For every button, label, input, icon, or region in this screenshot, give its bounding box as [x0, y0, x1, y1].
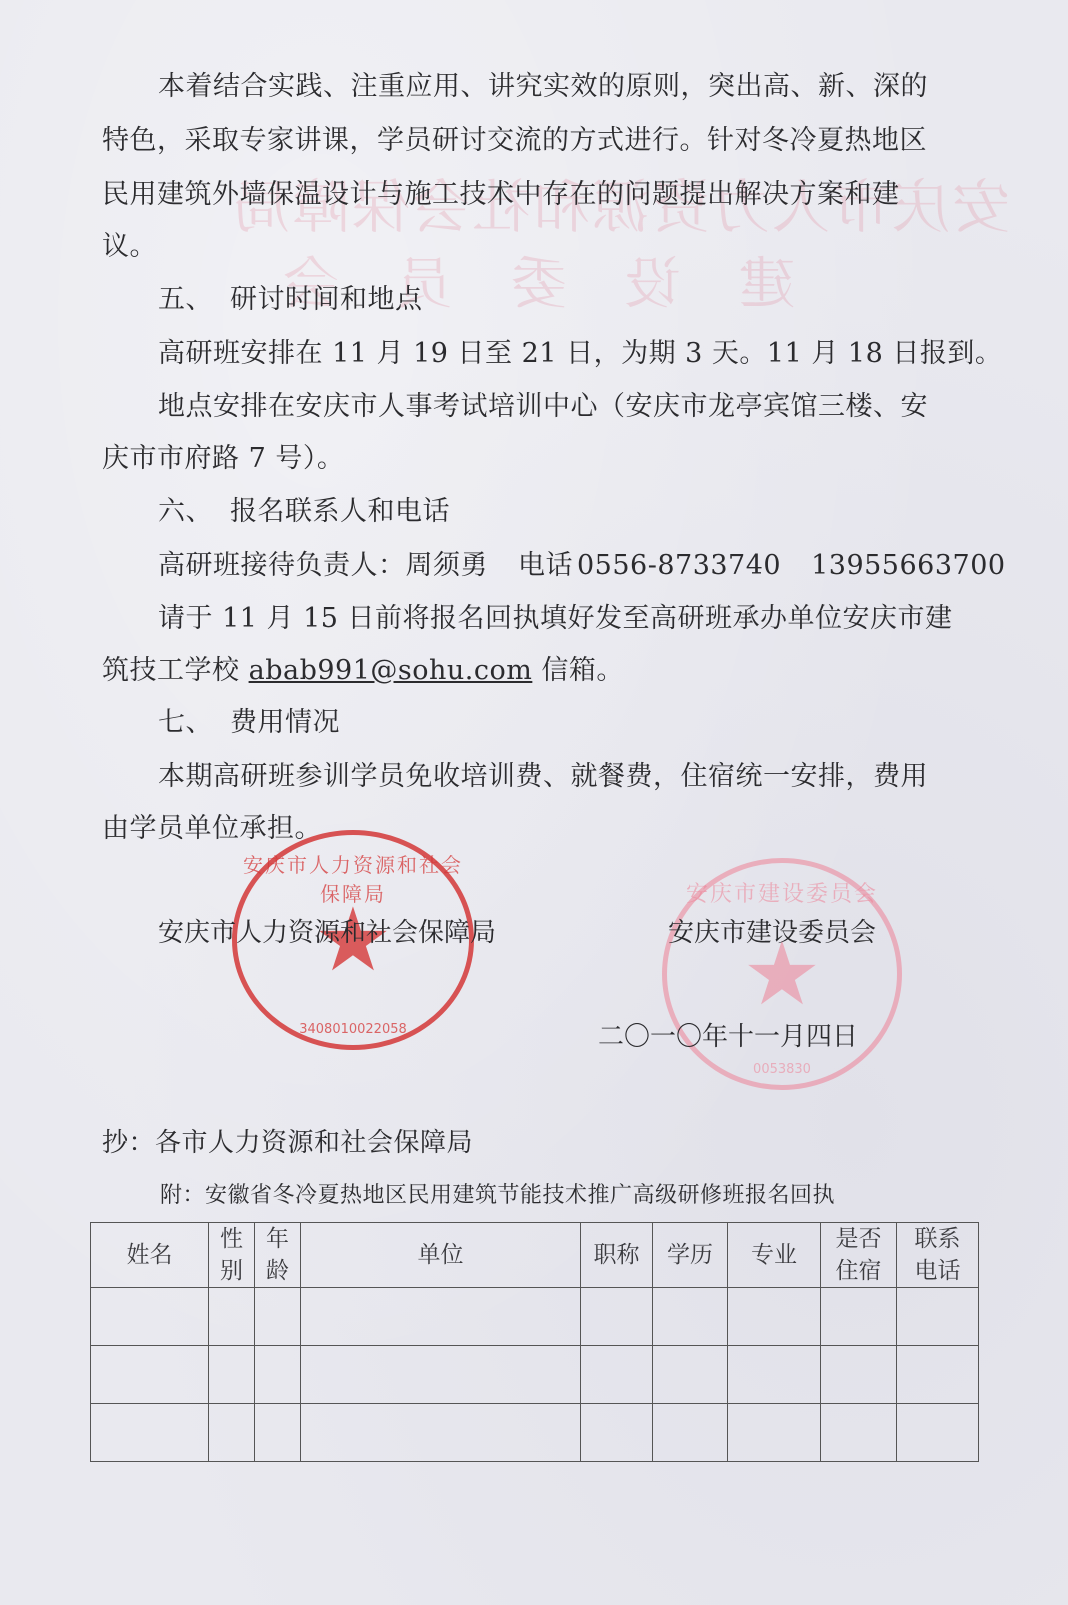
cell-age[interactable] [255, 1346, 301, 1404]
header-education: 学历 [653, 1223, 728, 1288]
header-name: 姓名 [91, 1223, 209, 1288]
para-fee-line1: 本期高研班参训学员免收培训费、就餐费，住宿统一安排，费用 [158, 754, 928, 793]
para-time: 高研班安排在 11 月 19 日至 21 日，为期 3 天。11 月 18 日报… [158, 331, 1002, 370]
signup-suffix: 信箱。 [532, 655, 624, 686]
cell-name[interactable] [91, 1346, 209, 1404]
contact-person: 高研班接待负责人：周须勇 [158, 550, 488, 581]
cell-employer[interactable] [301, 1346, 581, 1404]
para-principle-line1: 本着结合实践、注重应用、讲究实效的原则，突出高、新、深的 [158, 64, 928, 103]
header-title: 职称 [581, 1223, 653, 1288]
header-age: 年龄 [255, 1223, 301, 1288]
cell-gender[interactable] [209, 1404, 255, 1462]
seal-hr-code: 3408010022058 [237, 1022, 469, 1037]
cc-line: 抄：各市人力资源和社会保障局 [102, 1122, 473, 1159]
table-row [91, 1288, 979, 1346]
cell-title[interactable] [581, 1346, 653, 1404]
section-7-number: 七、 [158, 700, 230, 739]
phone-landline: 0556-8733740 [577, 550, 781, 581]
cell-phone[interactable] [897, 1346, 979, 1404]
cell-title[interactable] [581, 1404, 653, 1462]
cell-name[interactable] [91, 1288, 209, 1346]
table-row [91, 1346, 979, 1404]
cell-age[interactable] [255, 1404, 301, 1462]
cell-employer[interactable] [301, 1404, 581, 1462]
para-place-line1: 地点安排在安庆市人事考试培训中心（安庆市龙亭宾馆三楼、安 [158, 384, 928, 423]
cell-phone[interactable] [897, 1288, 979, 1346]
cell-major[interactable] [728, 1404, 821, 1462]
section-5-heading: 五、研讨时间和地点 [158, 277, 423, 316]
header-major: 专业 [728, 1223, 821, 1288]
para-place-line2: 庆市市府路 7 号）。 [102, 436, 344, 475]
document-date: 二〇一〇年十一月四日 [598, 1016, 858, 1053]
seal-construction-code: 0053830 [667, 1062, 897, 1077]
section-6-heading: 六、报名联系人和电话 [158, 489, 450, 528]
table-row [91, 1404, 979, 1462]
signatory-hr-bureau: 安庆市人力资源和社会保障局 [158, 912, 496, 949]
para-signup-line1: 请于 11 月 15 日前将报名回执填好发至高研班承办单位安庆市建 [158, 596, 953, 635]
header-lodging: 是否住宿 [821, 1223, 897, 1288]
cell-phone[interactable] [897, 1404, 979, 1462]
para-principle-line2: 特色，采取专家讲课，学员研讨交流的方式进行。针对冬冷夏热地区 [102, 118, 927, 157]
section-7-title: 费用情况 [230, 707, 340, 738]
cell-major[interactable] [728, 1346, 821, 1404]
phone-label: 电话 [518, 550, 573, 581]
cell-education[interactable] [653, 1404, 728, 1462]
seal-construction-text: 安庆市建设委员会 [667, 877, 897, 908]
para-principle-line3: 民用建筑外墙保温设计与施工技术中存在的问题提出解决方案和建 [102, 172, 900, 211]
contact-line: 高研班接待负责人：周须勇电话0556-873374013955663700 [158, 543, 1006, 582]
signup-prefix: 筑技工学校 [102, 655, 249, 686]
attachment-title: 附：安徽省冬冷夏热地区民用建筑节能技术推广高级研修班报名回执 [160, 1178, 835, 1209]
cell-employer[interactable] [301, 1288, 581, 1346]
header-phone: 联系电话 [897, 1223, 979, 1288]
cell-gender[interactable] [209, 1288, 255, 1346]
email-link[interactable]: abab991@sohu.com [249, 655, 533, 686]
official-seal-construction-committee: 安庆市建设委员会 ★ 0053830 [662, 858, 902, 1090]
section-5-number: 五、 [158, 277, 230, 316]
section-5-title: 研讨时间和地点 [230, 284, 423, 315]
para-principle-line4: 议。 [102, 224, 157, 263]
cell-lodging[interactable] [821, 1288, 897, 1346]
section-6-title: 报名联系人和电话 [230, 496, 450, 527]
cell-education[interactable] [653, 1346, 728, 1404]
header-gender: 性别 [209, 1223, 255, 1288]
cell-gender[interactable] [209, 1346, 255, 1404]
section-7-heading: 七、费用情况 [158, 700, 340, 739]
signatory-construction-committee: 安庆市建设委员会 [668, 912, 876, 949]
para-fee-line2: 由学员单位承担。 [102, 806, 322, 845]
section-6-number: 六、 [158, 489, 230, 528]
registration-receipt-table: 姓名 性别 年龄 单位 职称 学历 专业 是否住宿 联系电话 [90, 1222, 979, 1462]
cell-age[interactable] [255, 1288, 301, 1346]
phone-mobile: 13955663700 [811, 550, 1005, 581]
cell-title[interactable] [581, 1288, 653, 1346]
cell-lodging[interactable] [821, 1404, 897, 1462]
table-header-row: 姓名 性别 年龄 单位 职称 学历 专业 是否住宿 联系电话 [91, 1223, 979, 1288]
header-employer: 单位 [301, 1223, 581, 1288]
cell-name[interactable] [91, 1404, 209, 1462]
cell-education[interactable] [653, 1288, 728, 1346]
cell-major[interactable] [728, 1288, 821, 1346]
para-signup-line2: 筑技工学校 abab991@sohu.com 信箱。 [102, 648, 624, 687]
seal-hr-text: 安庆市人力资源和社会保障局 [237, 849, 469, 907]
cell-lodging[interactable] [821, 1346, 897, 1404]
